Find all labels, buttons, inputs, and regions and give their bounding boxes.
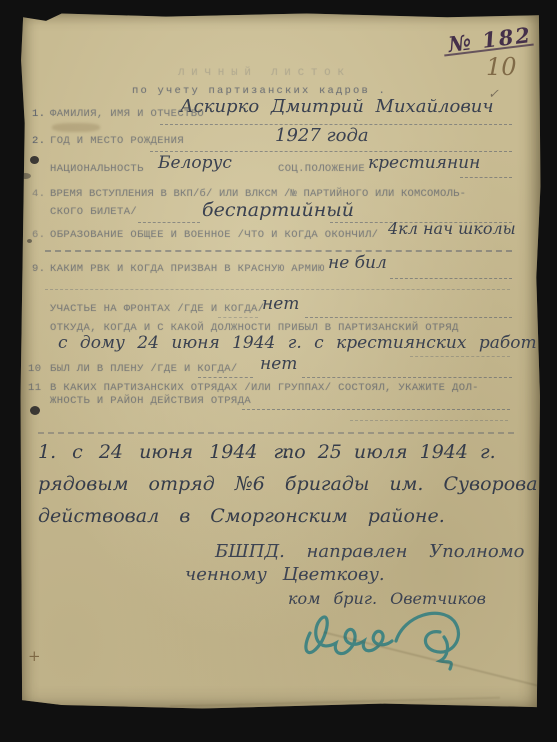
ink-blot [30,406,40,415]
paper-crease [170,697,500,708]
field-value: Аскирко Дмитрий Михайлович [180,96,494,117]
field-value: 1927 года [275,125,369,146]
pencil-smudge [52,123,100,132]
form-title-faint: ЛИЧНЫЙ ЛИСТОК [178,67,351,79]
service-record-line-2: рядовым отряд №6 бригады им. Суворова [38,473,538,495]
service-record-line-1-right: по 25 июля 1944 г. [282,441,496,463]
field-number: 2. [32,135,45,147]
field-label: УЧАСТЬЕ НА ФРОНТАХ /ГДЕ И КОГДА/ [50,303,264,315]
field-label: КАКИМ РВК И КОГДА ПРИЗВАН В КРАСНУЮ АРМИ… [50,263,325,275]
dotted-line [305,316,512,318]
endorsement-line-1: БШПД. направлен Уполномо [215,541,525,562]
dotted-line [350,419,508,421]
field-number: 4. [32,188,45,200]
field-number: 9. [32,263,45,275]
field-label: ОБРАЗОВАНИЕ ОБЩЕЕ И ВОЕННОЕ /ЧТО И КОГДА… [50,229,378,241]
dotted-line [218,316,258,318]
field-label: В КАКИХ ПАРТИЗАНСКИХ ОТРЯДАХ /ИЛИ ГРУППА… [50,382,479,394]
dotted-line [302,376,512,378]
field-value: не бил [328,253,387,273]
dotted-line [390,277,512,279]
field-label-2: ЖНОСТЬ И РАЙОН ДЕЙСТВИЯ ОТРЯДА [50,395,251,407]
field-value: 4кл нач школы [388,219,516,238]
pencil-number: 10 [486,53,517,81]
dotted-line [150,150,512,152]
dotted-line [460,176,512,178]
ink-blot [27,239,32,243]
separator-line [45,249,512,252]
field-label: НАЦИОНАЛЬНОСТЬ [50,163,144,175]
field-value-2: крестиянин [368,153,480,173]
field-value: беспартийный [202,199,354,221]
ink-blot [20,173,31,179]
dotted-line [410,355,510,357]
separator-line-faint [45,288,510,290]
field-number: 10 [28,363,41,375]
separator-line [38,431,514,434]
service-record-line-1-left: 1. с 24 июня 1944 г. [38,441,289,463]
scanned-document-paper: № 182 10 ✓ ЛИЧНЫЙ ЛИСТОК по учету партиз… [20,11,541,712]
commander-signature-icon [292,599,507,671]
field-value: нет [260,354,297,374]
service-record-line-3: действовал в Сморгонским районе. [38,505,445,527]
field-label-2: СОЦ.ПОЛОЖЕНИЕ [278,163,365,175]
dotted-line [242,408,510,410]
field-number: 1. [32,108,45,120]
field-number: 6. [32,229,45,241]
field-value: Белорус [158,153,232,173]
field-value: нет [262,294,299,314]
field-number: 11 [28,382,41,394]
endorsement-line-2: ченному Цветкову. [185,564,385,585]
ink-blot [30,156,39,164]
dotted-line [198,376,253,378]
dotted-line [138,221,200,223]
field-label-2: СКОГО БИЛЕТА/ [50,206,137,218]
field-label: БЫЛ ЛИ В ПЛЕНУ /ГДЕ И КОГДА/ [50,363,238,375]
plus-mark: + [28,647,41,665]
field-label: ГОД И МЕСТО РОЖДЕНИЯ [50,135,184,147]
field-value: с дому 24 июня 1944 г. с крестиянских ра… [58,333,537,353]
